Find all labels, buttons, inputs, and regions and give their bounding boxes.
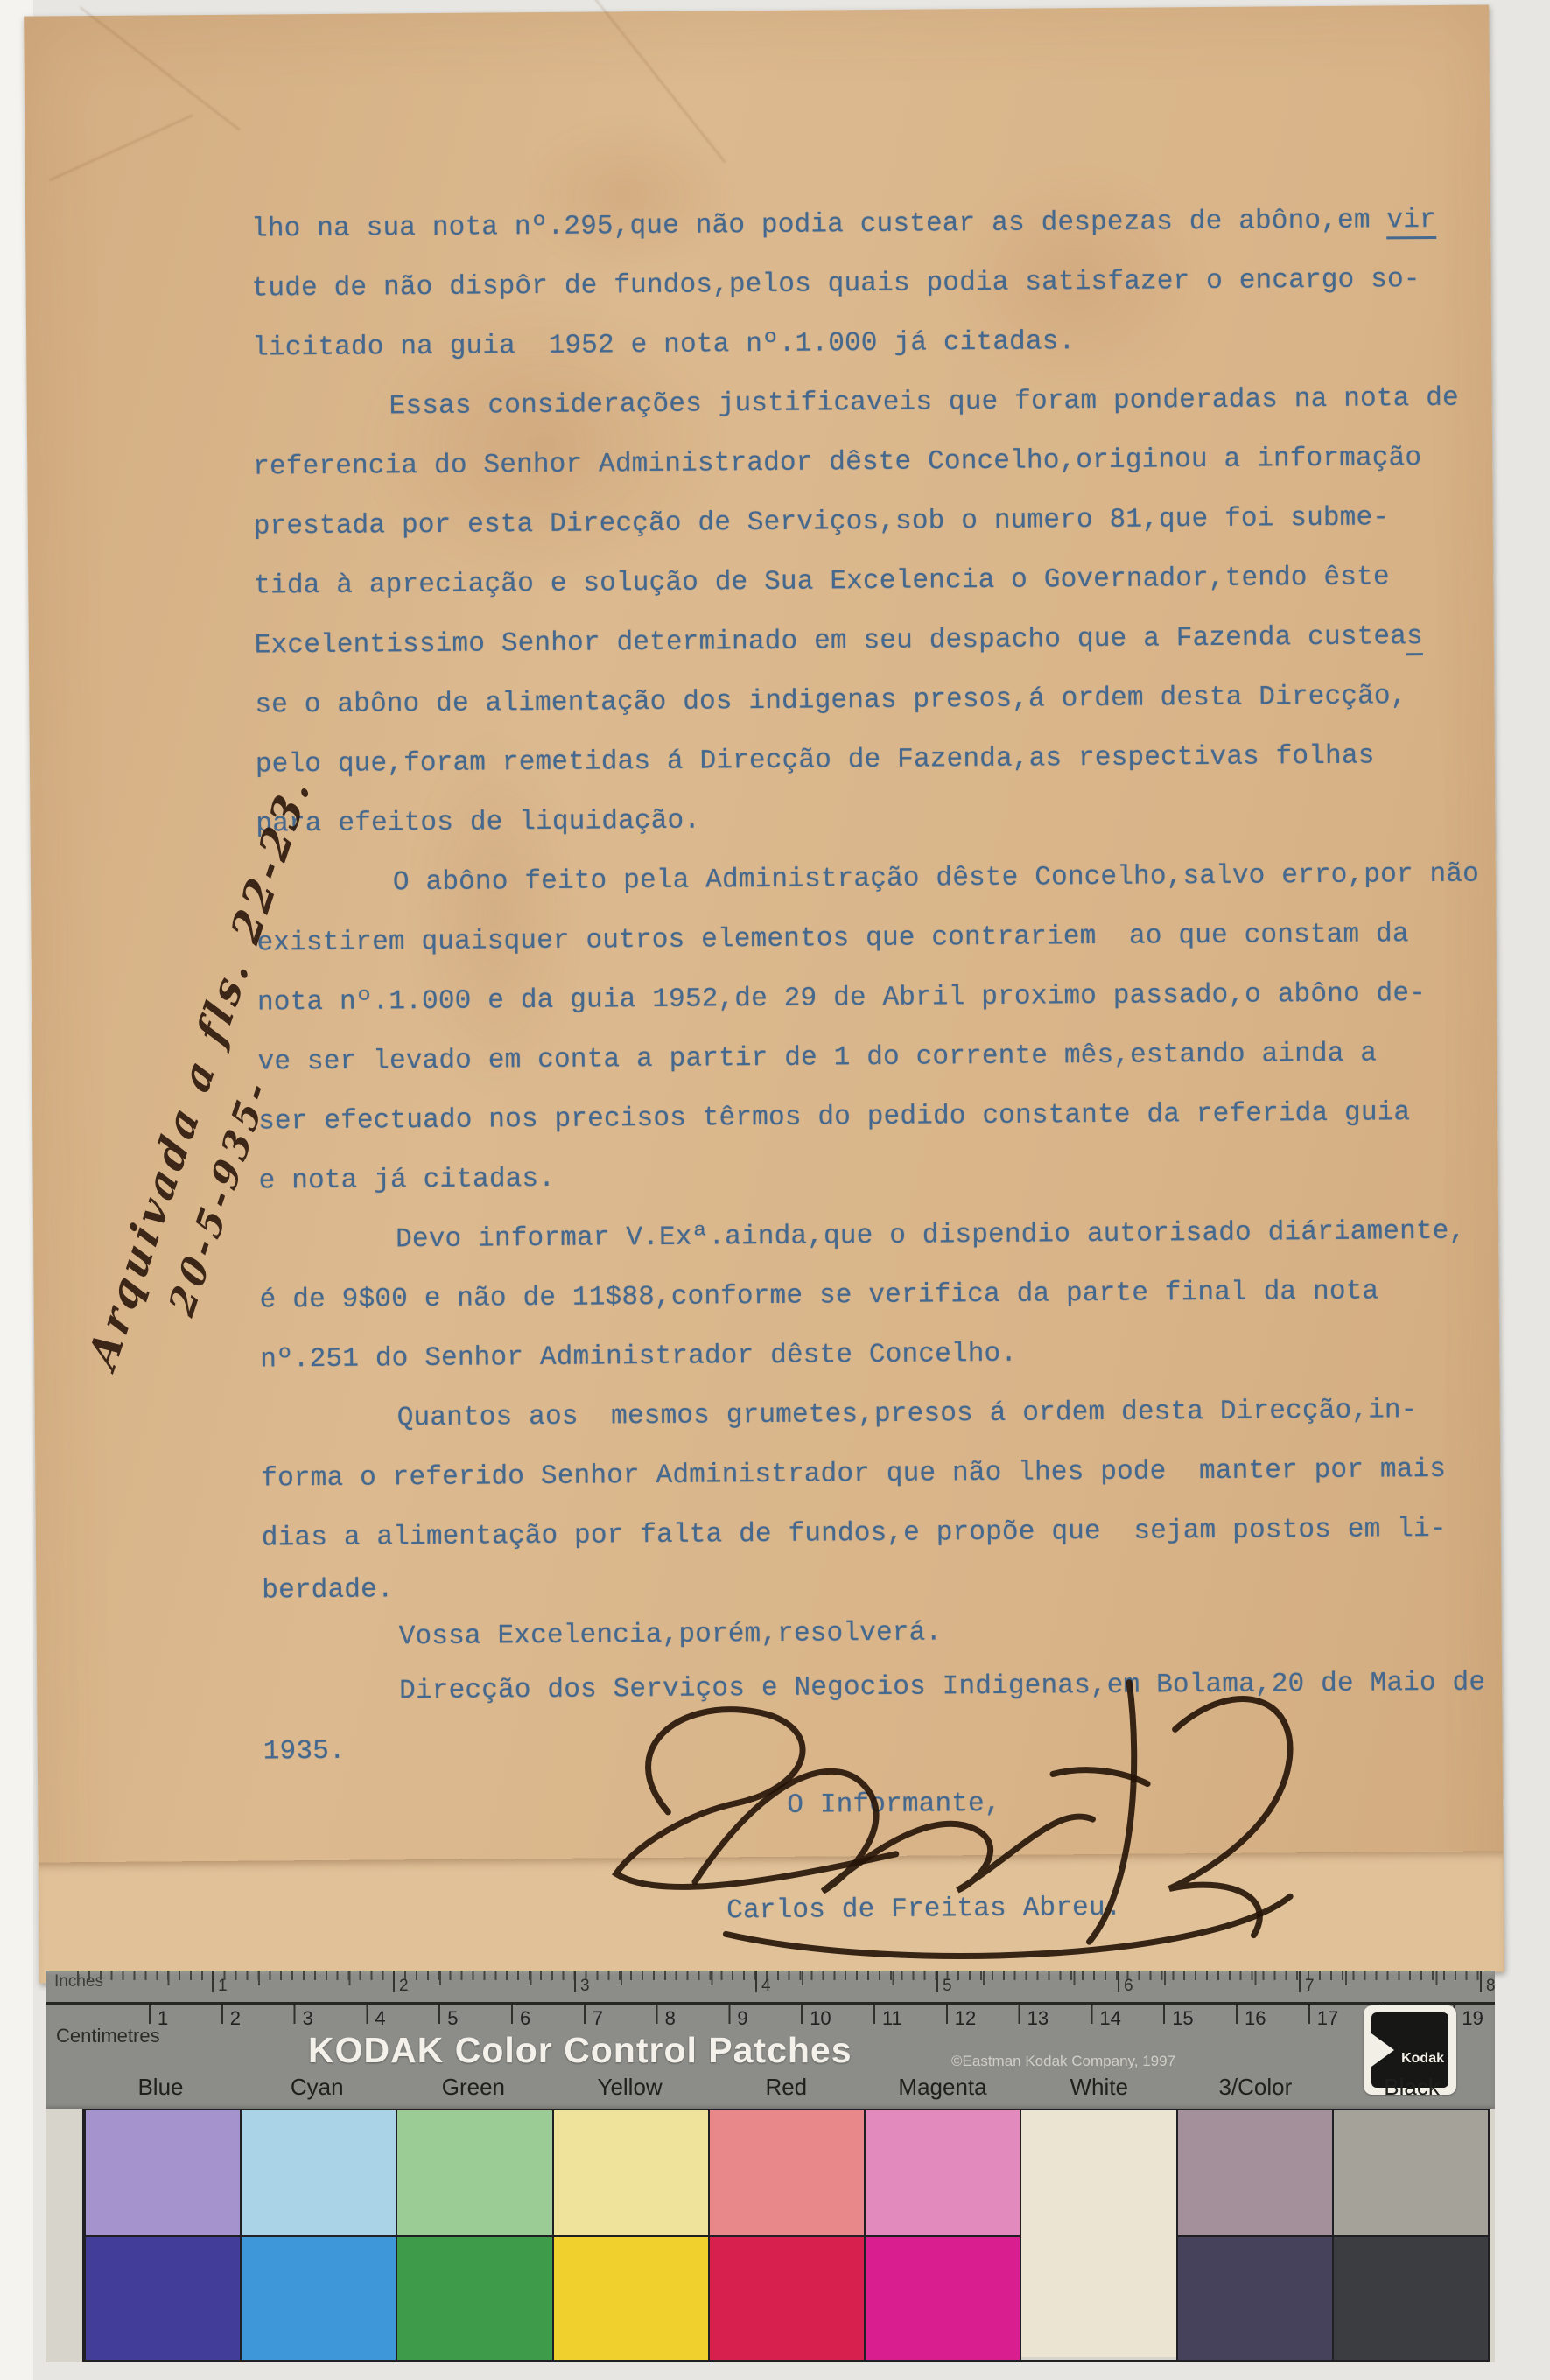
inch-number: 7 [1305,1977,1315,1996]
text-line: tida à apreciação e solução de Sua Excel… [254,548,1479,617]
color-patch-column [1176,2110,1332,2360]
text-line: Essas considerações justificaveis que fo… [252,369,1477,438]
text-line: pelo que,foram remetidas á Direcção de F… [256,726,1481,795]
text-line: se o abôno de alimentação dos indigenas … [255,667,1480,736]
cm-number: 3 [303,2007,313,2030]
inch-number: 2 [399,1977,409,1996]
inch-number: 3 [580,1977,590,1996]
color-patch-column [84,2110,240,2360]
text-line: lho na sua nota nº.295,que não podia cus… [251,191,1476,260]
inch-number: 5 [943,1977,952,1996]
text-line: nota nº.1.000 e da guia 1952,de 29 de Ab… [257,964,1483,1033]
patch-dark-swatch [1334,2237,1488,2360]
patch-dark-swatch [1178,2237,1332,2360]
color-patch-column [708,2110,864,2360]
paper-crease [583,0,726,163]
cm-number: 10 [810,2007,831,2030]
text-line: é de 9$00 e não de 11$88,conforme se ver… [259,1262,1484,1331]
text-line: Excelentissimo Senhor determinado em seu… [255,607,1480,676]
color-patch-column [240,2110,396,2360]
color-patch-column [552,2110,708,2360]
text-line: forma o referido Senhor Administrador qu… [261,1440,1486,1509]
patch-dark-swatch [86,2237,240,2360]
text-line: tude de não dispôr de fundos,pelos quais… [251,250,1476,319]
color-patch-column [396,2110,551,2360]
patch-label: Red [708,2074,865,2101]
patch-light-swatch [397,2110,551,2235]
cm-number: 4 [375,2007,385,2030]
kodak-card-title: KODAK Color Control Patches [308,2030,852,2071]
patch-light-swatch [1178,2110,1332,2235]
text-line: Quantos aos mesmos grumetes,presos á ord… [261,1381,1486,1450]
patch-light-swatch [866,2110,1020,2235]
kodak-copyright: ©Eastman Kodak Company, 1997 [951,2053,1175,2070]
cm-number: 16 [1245,2007,1266,2030]
cm-number: 7 [593,2007,603,2030]
patch-label: White [1020,2074,1177,2101]
inch-number: 4 [761,1977,771,1996]
text-line: licitado na guia 1952 e nota nº.1.000 já… [252,310,1477,379]
patch-light-swatch [242,2110,396,2235]
text-line: dias a alimentação por falta de fundos,e… [262,1500,1487,1569]
cm-number: 13 [1027,2007,1049,2030]
patch-label: Green [395,2074,551,2101]
text-line: ser efectuado nos precisos têrmos do ped… [258,1083,1483,1152]
cm-number: 6 [520,2007,530,2030]
patch-label: Yellow [551,2074,708,2101]
patch-dark-swatch [242,2237,396,2360]
cm-number: 2 [230,2007,241,2030]
cm-number: 11 [882,2007,902,2030]
cm-number: 14 [1099,2007,1120,2030]
color-patches-grid [82,2109,1490,2362]
patch-label: Blue [82,2074,239,2101]
patch-dark-swatch [397,2237,551,2360]
patch-dark-swatch [866,2237,1020,2360]
text-line: O abôno feito pela Administração dêste C… [256,845,1482,914]
cm-number: 5 [447,2007,458,2030]
kodak-logo-text: Kodak [1401,2051,1444,2067]
text-line: para efeitos de liquidação. [256,786,1481,855]
patch-dark-swatch [1021,2235,1175,2357]
text-line: ve ser levado em conta a partir de 1 do … [257,1024,1483,1093]
patch-light-swatch [1334,2110,1488,2235]
inch-major-ticks [77,1970,1486,1992]
patch-label: Black [1334,2074,1490,2101]
text-line: prestada por esta Direcção de Serviços,s… [254,488,1479,557]
text-line: Devo informar V.Exª.ainda,que o dispendi… [259,1202,1484,1271]
cm-number: 19 [1462,2007,1483,2030]
cm-number: 9 [737,2007,747,2030]
cm-number: 12 [955,2007,976,2030]
color-patches-strip [46,2109,1495,2362]
kodak-ruler-card: Inches 12345678 123456789101112131415161… [46,1970,1495,2109]
paper-crease [49,115,193,181]
text-line: referencia do Senhor Administrador dêste… [253,429,1478,498]
document-paper: lho na sua nota nº.295,que não podia cus… [24,4,1504,1983]
color-patch-column [1020,2110,1175,2360]
text-line: e nota já citadas. [258,1143,1483,1212]
inch-number: 1 [218,1977,228,1996]
cm-number: 15 [1172,2007,1193,2030]
patch-label: Magenta [865,2074,1021,2101]
patch-dark-swatch [554,2237,708,2360]
inch-number: 8 [1486,1977,1496,1996]
kodak-k-chevron-icon [1371,2033,1394,2067]
patch-light-swatch [554,2110,708,2235]
signature-ink [562,1667,1370,1969]
centimetres-label: Centimetres [56,2025,160,2047]
patch-dark-swatch [710,2237,864,2360]
inch-number: 6 [1124,1977,1133,1996]
paper-crease [80,7,241,131]
cm-number: 8 [665,2007,676,2030]
patch-label: 3/Color [1177,2074,1334,2101]
patch-light-swatch [86,2110,240,2235]
patch-light-swatch [1021,2110,1175,2235]
patch-light-swatch [710,2110,864,2235]
text-line: nº.251 do Senhor Administrador dêste Con… [260,1321,1485,1390]
text-line: existirem quaisquer outros elementos que… [256,905,1482,974]
color-patch-column [1332,2110,1488,2360]
patch-label: Cyan [239,2074,396,2101]
cm-number: 17 [1317,2007,1338,2030]
color-patch-column [864,2110,1020,2360]
